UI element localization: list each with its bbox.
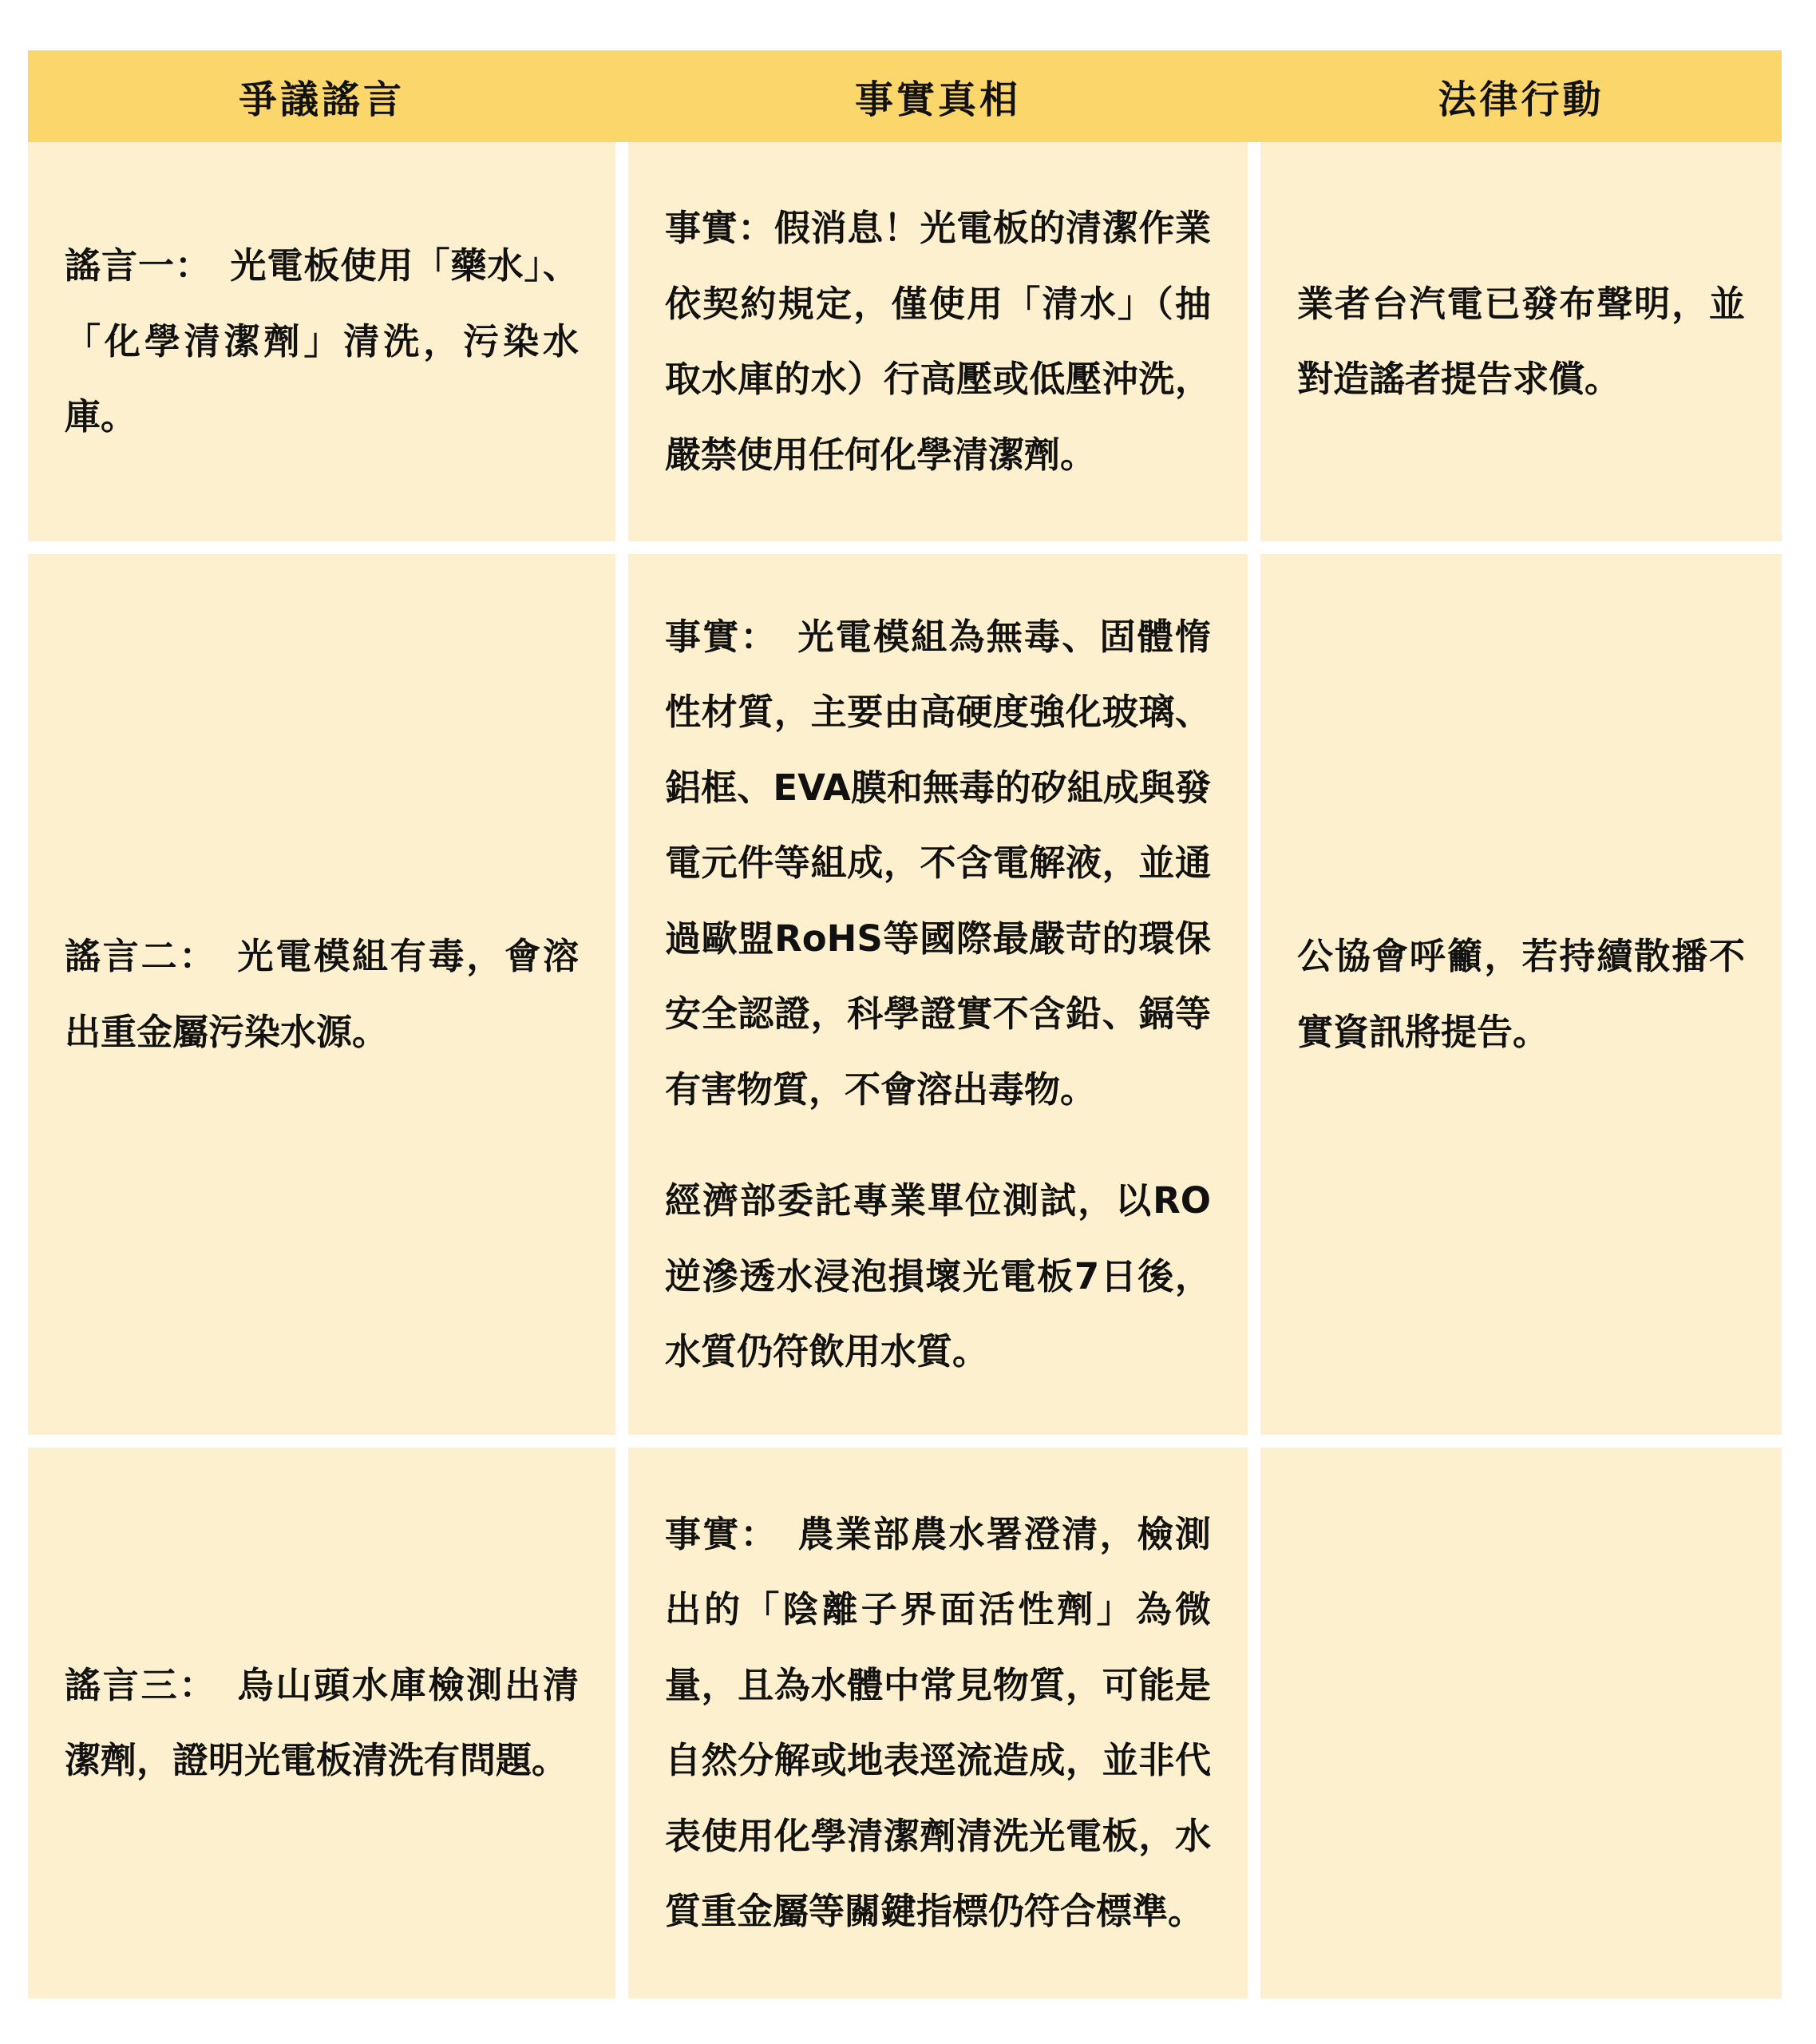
page: 爭議謠言 事實真相 法律行動 謠言一： 光電板使用「藥水」、「化學清潔劑」清洗，… [0, 0, 1816, 2044]
legal-text: 業者台汽電已發布聲明，並對造謠者提告求償。 [1297, 267, 1745, 418]
header-cell-legal: 法律行動 [1260, 50, 1782, 142]
header-label-rumor: 爭議謠言 [239, 69, 405, 124]
fact-paragraph: 事實： 農業部農水署澄清，檢測出的「陰離子界面活性劑」為微量，且為水體中常見物質… [665, 1497, 1211, 1950]
rumor-cell: 謠言一： 光電板使用「藥水」、「化學清潔劑」清洗，污染水庫。 [28, 142, 615, 541]
rumor-text: 謠言一： 光電板使用「藥水」、「化學清潔劑」清洗，污染水庫。 [65, 228, 579, 455]
rumor-text: 謠言三： 烏山頭水庫檢測出清潔劑，證明光電板清洗有問題。 [65, 1648, 579, 1799]
rumor-fact-table: 爭議謠言 事實真相 法律行動 謠言一： 光電板使用「藥水」、「化學清潔劑」清洗，… [28, 50, 1782, 1998]
header-cell-rumor: 爭議謠言 [28, 50, 615, 142]
table-row-rumor-3: 謠言三： 烏山頭水庫檢測出清潔劑，證明光電板清洗有問題。 事實： 農業部農水署澄… [28, 1448, 1782, 1998]
table-row-rumor-1: 謠言一： 光電板使用「藥水」、「化學清潔劑」清洗，污染水庫。 事實：假消息！光電… [28, 142, 1782, 541]
rumor-cell: 謠言二： 光電模組有毒，會溶出重金屬污染水源。 [28, 554, 615, 1435]
table-header-row: 爭議謠言 事實真相 法律行動 [28, 50, 1782, 142]
legal-cell [1260, 1448, 1782, 1998]
legal-cell: 業者台汽電已發布聲明，並對造謠者提告求償。 [1260, 142, 1782, 541]
fact-cell: 事實： 光電模組為無毒、固體惰性材質，主要由高硬度強化玻璃、鋁框、EVA膜和無毒… [628, 554, 1248, 1435]
fact-paragraph: 經濟部委託專業單位測試，以RO逆滲透水浸泡損壞光電板7日後，水質仍符飲用水質。 [665, 1163, 1211, 1390]
header-label-fact: 事實真相 [855, 69, 1021, 124]
fact-paragraph: 事實： 光電模組為無毒、固體惰性材質，主要由高硬度強化玻璃、鋁框、EVA膜和無毒… [665, 600, 1211, 1128]
rumor-text: 謠言二： 光電模組有毒，會溶出重金屬污染水源。 [65, 919, 579, 1070]
rumor-cell: 謠言三： 烏山頭水庫檢測出清潔劑，證明光電板清洗有問題。 [28, 1448, 615, 1998]
fact-cell: 事實： 農業部農水署澄清，檢測出的「陰離子界面活性劑」為微量，且為水體中常見物質… [628, 1448, 1248, 1998]
table-row-rumor-2: 謠言二： 光電模組有毒，會溶出重金屬污染水源。 事實： 光電模組為無毒、固體惰性… [28, 554, 1782, 1435]
header-label-legal: 法律行動 [1438, 69, 1604, 124]
legal-cell: 公協會呼籲，若持續散播不實資訊將提告。 [1260, 554, 1782, 1435]
header-cell-fact: 事實真相 [628, 50, 1248, 142]
fact-cell: 事實：假消息！光電板的清潔作業依契約規定，僅使用「清水」（抽取水庫的水）行高壓或… [628, 142, 1248, 541]
legal-text: 公協會呼籲，若持續散播不實資訊將提告。 [1297, 919, 1745, 1070]
fact-paragraph: 事實：假消息！光電板的清潔作業依契約規定，僅使用「清水」（抽取水庫的水）行高壓或… [665, 191, 1211, 493]
